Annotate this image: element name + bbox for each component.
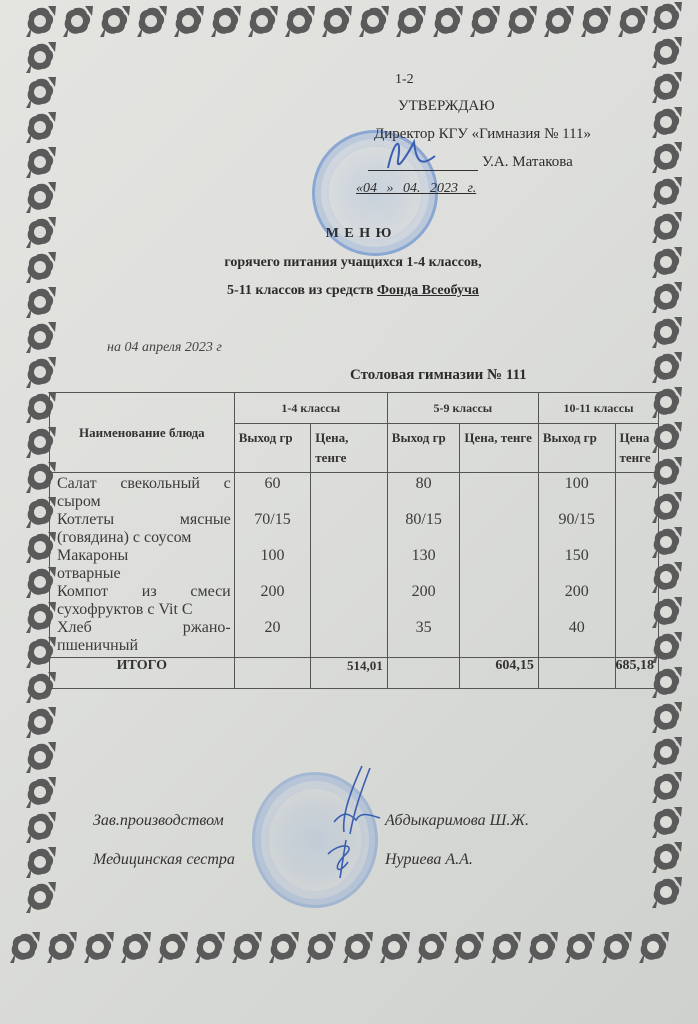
total-price-10-11: 685,18 bbox=[615, 658, 659, 689]
dish-name-header: Наименование блюда bbox=[50, 393, 235, 473]
ornament-icon bbox=[265, 930, 301, 964]
yield-value: 70/15 bbox=[235, 511, 311, 547]
subtitle-line-2: 5-11 классов из средств Фонда Всеобуча bbox=[0, 283, 698, 299]
yield-5-9-cell: 8080/1513020035 bbox=[387, 473, 460, 658]
yield-header: Выход гр bbox=[234, 424, 311, 473]
ornament-icon bbox=[648, 770, 684, 804]
ornament-icon bbox=[487, 930, 523, 964]
ornament-icon bbox=[648, 105, 684, 139]
ornament-icon bbox=[561, 930, 597, 964]
ornament-icon bbox=[577, 4, 613, 38]
ornament-icon bbox=[6, 930, 42, 964]
ornament-icon bbox=[96, 4, 132, 38]
empty-cell bbox=[538, 658, 615, 689]
yield-value: 100 bbox=[539, 475, 615, 511]
subtitle-prefix: 5-11 классов из средств bbox=[227, 283, 377, 298]
ornament-icon bbox=[648, 35, 684, 69]
ornament-icon bbox=[648, 735, 684, 769]
ornament-icon bbox=[648, 840, 684, 874]
ornament-icon bbox=[413, 930, 449, 964]
yield-header: Выход гр bbox=[538, 424, 615, 473]
ornament-icon bbox=[22, 810, 58, 844]
ornament-icon bbox=[244, 4, 280, 38]
ornament-icon bbox=[22, 145, 58, 179]
total-price-1-4: 514,01 bbox=[311, 658, 388, 689]
ornament-icon bbox=[22, 75, 58, 109]
empty-cell bbox=[234, 658, 311, 689]
ornament-icon bbox=[281, 4, 317, 38]
ornament-icon bbox=[22, 740, 58, 774]
yield-value: 90/15 bbox=[539, 511, 615, 547]
group-header: 1-4 классы bbox=[234, 393, 387, 424]
nurse-name: Нуриева А.А. bbox=[385, 851, 473, 869]
ornament-icon bbox=[648, 70, 684, 104]
yield-value: 80/15 bbox=[388, 511, 460, 547]
ornament-icon bbox=[22, 110, 58, 144]
yield-value: 80 bbox=[388, 475, 460, 511]
ornament-icon bbox=[59, 4, 95, 38]
price-1-4-cell bbox=[311, 473, 388, 658]
total-row: ИТОГО 514,01 604,15 685,18 bbox=[50, 658, 659, 689]
ornament-icon bbox=[22, 355, 58, 389]
ornament-icon bbox=[429, 4, 465, 38]
group-header: 10-11 классы bbox=[538, 393, 658, 424]
ornament-icon bbox=[648, 875, 684, 909]
price-header: Цена, тенге bbox=[460, 424, 538, 473]
ornament-icon bbox=[466, 4, 502, 38]
ornament-icon bbox=[170, 4, 206, 38]
yield-value: 130 bbox=[388, 547, 460, 583]
ornament-icon bbox=[635, 930, 671, 964]
yield-value: 200 bbox=[539, 583, 615, 619]
ornament-icon bbox=[614, 4, 650, 38]
ornament-icon bbox=[598, 930, 634, 964]
price-header: Цена тенге bbox=[615, 424, 659, 473]
director-name: У.А. Матакова bbox=[482, 154, 573, 171]
ornament-icon bbox=[376, 930, 412, 964]
yield-value: 40 bbox=[539, 619, 615, 655]
subtitle-line-1: горячего питания учащихся 1-4 классов, bbox=[0, 255, 698, 271]
fund-name: Фонда Всеобуча bbox=[377, 283, 479, 298]
ornament-icon bbox=[133, 4, 169, 38]
yield-value: 60 bbox=[235, 475, 311, 511]
ornament-icon bbox=[648, 805, 684, 839]
yield-value: 100 bbox=[235, 547, 311, 583]
ornament-icon bbox=[540, 4, 576, 38]
total-price-5-9: 604,15 bbox=[460, 658, 538, 689]
ornament-icon bbox=[648, 0, 684, 34]
ornament-icon bbox=[22, 705, 58, 739]
ornament-icon bbox=[22, 4, 58, 38]
yield-value: 200 bbox=[235, 583, 311, 619]
manager-name: Абдыкаримова Ш.Ж. bbox=[385, 812, 529, 830]
ornament-icon bbox=[22, 320, 58, 354]
dish-name: Котлеты мясные(говядина) с соусом bbox=[57, 511, 231, 547]
ornament-icon bbox=[339, 930, 375, 964]
page-number: 1-2 bbox=[395, 72, 414, 88]
ornament-icon bbox=[117, 930, 153, 964]
approve-label: УТВЕРЖДАЮ bbox=[398, 98, 495, 115]
ornament-icon bbox=[191, 930, 227, 964]
ornament-icon bbox=[648, 315, 684, 349]
ornament-icon bbox=[648, 175, 684, 209]
dish-names-cell: Салат свекольный ссыромКотлеты мясные(го… bbox=[50, 473, 235, 658]
table-row: Салат свекольный ссыромКотлеты мясные(го… bbox=[50, 473, 659, 658]
ornament-icon bbox=[392, 4, 428, 38]
ornament-icon bbox=[207, 4, 243, 38]
director-signature-icon bbox=[380, 130, 440, 180]
dish-name: Хлеб ржано-пшеничный bbox=[57, 619, 231, 655]
ornament-icon bbox=[355, 4, 391, 38]
price-10-11-cell bbox=[615, 473, 659, 658]
ornament-icon bbox=[648, 700, 684, 734]
dish-name: Компот из смесисухофруктов с Vit C bbox=[57, 583, 231, 619]
ornament-border-bottom bbox=[6, 930, 671, 964]
ornament-icon bbox=[22, 880, 58, 914]
empty-cell bbox=[387, 658, 460, 689]
ornament-icon bbox=[22, 845, 58, 879]
manager-role: Зав.производством bbox=[93, 812, 224, 830]
ornament-icon bbox=[228, 930, 264, 964]
yield-value: 20 bbox=[235, 619, 311, 655]
yield-value: 200 bbox=[388, 583, 460, 619]
ornament-icon bbox=[80, 930, 116, 964]
approval-date: «04 » 04. 2023 г. bbox=[356, 181, 476, 197]
menu-table: Наименование блюда 1-4 классы 5-9 классы… bbox=[49, 392, 659, 689]
ornament-icon bbox=[22, 40, 58, 74]
ornament-icon bbox=[648, 140, 684, 174]
ornament-icon bbox=[648, 350, 684, 384]
ornament-icon bbox=[302, 930, 338, 964]
ornament-icon bbox=[450, 930, 486, 964]
manager-signature-icon bbox=[320, 762, 390, 842]
nurse-role: Медицинская сестра bbox=[93, 851, 235, 869]
yield-header: Выход гр bbox=[387, 424, 460, 473]
yield-value: 35 bbox=[388, 619, 460, 655]
nurse-signature-icon bbox=[318, 832, 368, 882]
yield-1-4-cell: 6070/1510020020 bbox=[234, 473, 311, 658]
menu-date: на 04 апреля 2023 г bbox=[107, 340, 222, 356]
price-5-9-cell bbox=[460, 473, 538, 658]
yield-10-11-cell: 10090/1515020040 bbox=[538, 473, 615, 658]
ornament-icon bbox=[22, 180, 58, 214]
ornament-icon bbox=[524, 930, 560, 964]
price-header: Цена, тенге bbox=[311, 424, 388, 473]
ornament-icon bbox=[318, 4, 354, 38]
ornament-border-top bbox=[22, 4, 650, 38]
ornament-icon bbox=[503, 4, 539, 38]
dish-name: Макароныотварные bbox=[57, 547, 231, 583]
ornament-icon bbox=[154, 930, 190, 964]
ornament-icon bbox=[22, 775, 58, 809]
group-header: 5-9 классы bbox=[387, 393, 538, 424]
yield-value: 150 bbox=[539, 547, 615, 583]
canteen-name: Столовая гимназии № 111 bbox=[350, 367, 527, 384]
total-label: ИТОГО bbox=[50, 658, 235, 689]
ornament-icon bbox=[43, 930, 79, 964]
document-title: М Е Н Ю bbox=[0, 226, 698, 242]
dish-name: Салат свекольный ссыром bbox=[57, 475, 231, 511]
